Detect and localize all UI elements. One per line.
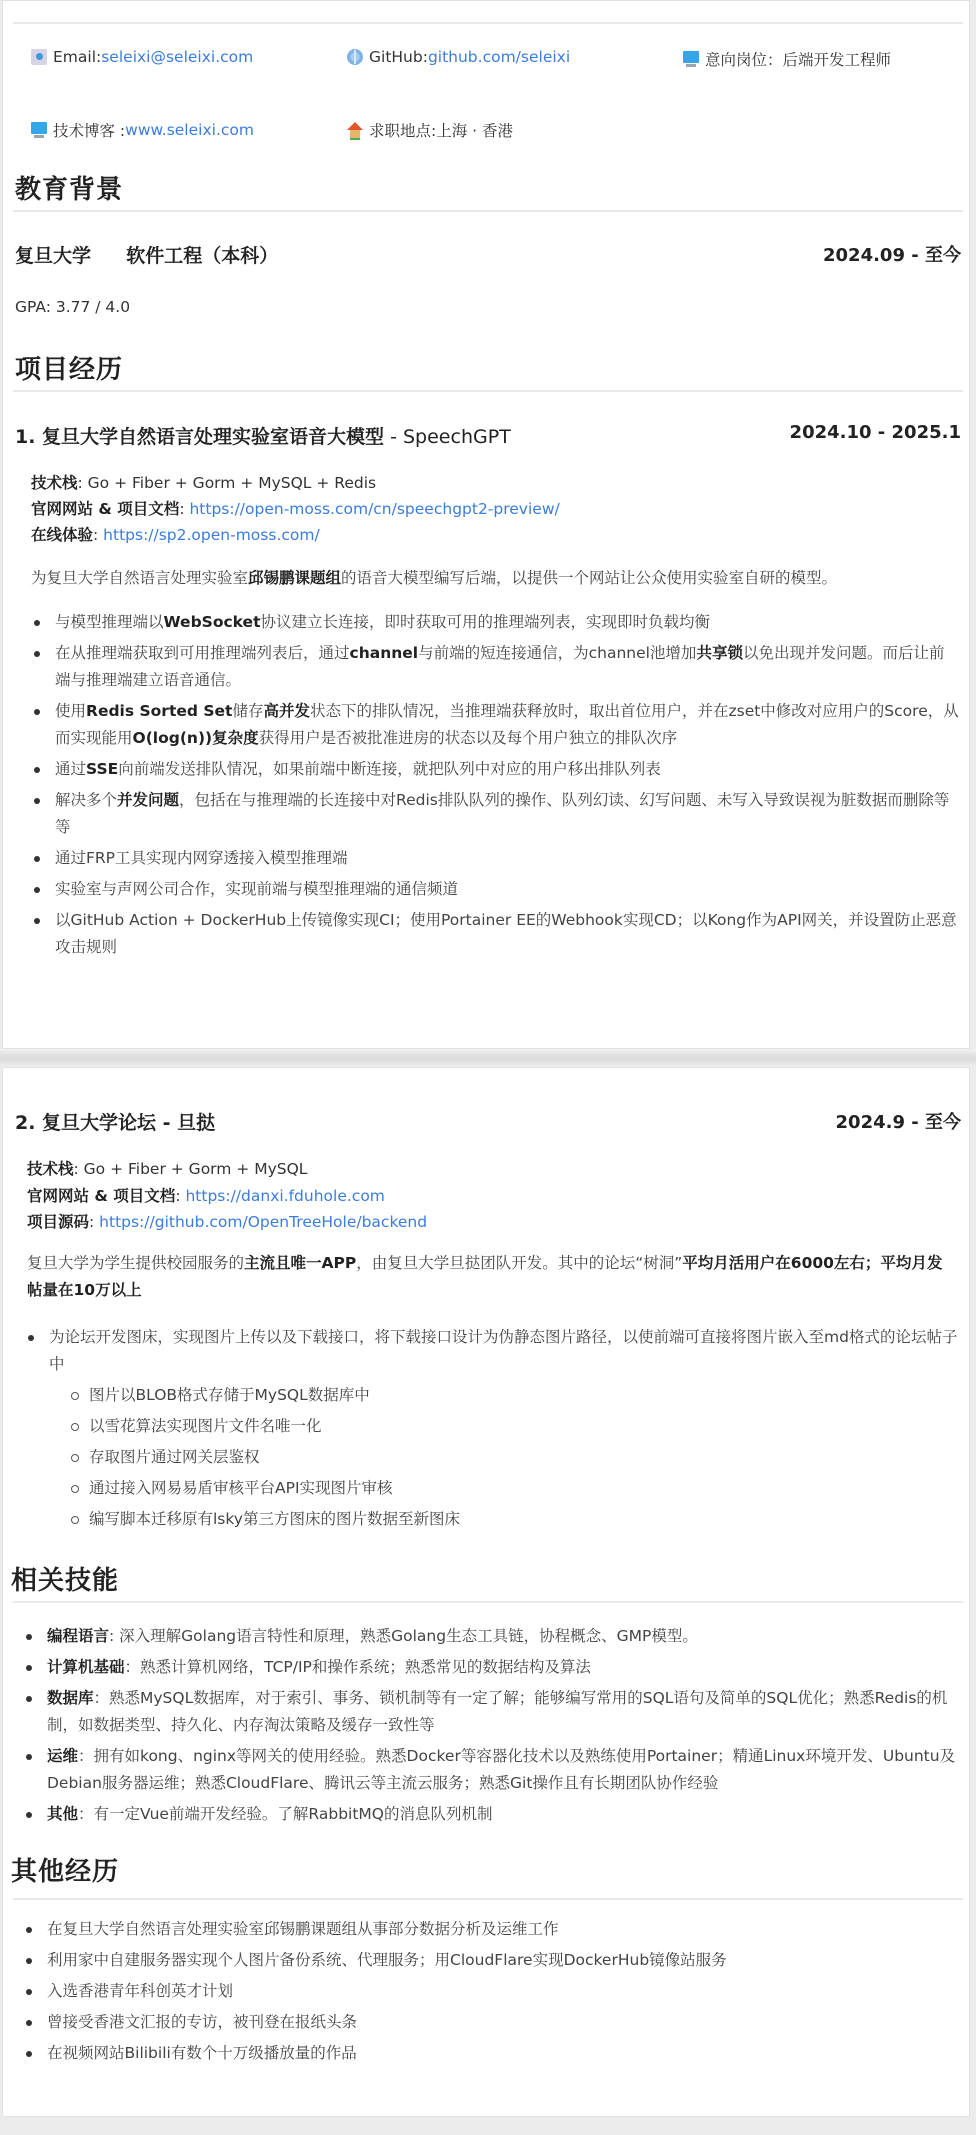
project-1-demo: 在线体验: https://sp2.open-moss.com/ — [31, 523, 320, 545]
section-divider — [13, 210, 963, 212]
skills-list: 编程语言: 深入理解Golang语言特性和原理，熟悉Golang生态工具链，协程… — [23, 1623, 959, 1832]
project-1-title-row: 1. 复旦大学自然语言处理实验室语音大模型 - SpeechGPT 2024.1… — [15, 422, 961, 449]
list-item: 数据库：熟悉MySQL数据库，对于索引、事务、锁机制等有一定了解；能够编写常用的… — [23, 1685, 959, 1739]
resume-page-2: 2. 复旦大学论坛 - 旦挞 2024.9 - 至今 技术栈: Go + Fib… — [2, 1067, 970, 2117]
blog-link[interactable]: www.seleixi.com — [125, 121, 254, 139]
blog-label: 技术博客 : — [53, 119, 125, 141]
project-2-source: 项目源码: https://github.com/OpenTreeHole/ba… — [27, 1210, 427, 1232]
list-item: 在复旦大学自然语言处理实验室邱锡鹏课题组从事部分数据分析及运维工作 — [23, 1916, 959, 1943]
email-label: Email: — [53, 48, 101, 66]
list-item: 实验室与声网公司合作，实现前端与模型推理端的通信频道 — [31, 876, 959, 903]
contact-email: Email: seleixi@seleixi.com — [31, 48, 253, 66]
list-item: 以GitHub Action + DockerHub上传镜像实现CI；使用Por… — [31, 907, 959, 961]
project-1-intro: 为复旦大学自然语言处理实验室邱锡鹏课题组的语音大模型编写后端，以提供一个网站让公… — [31, 565, 955, 592]
project-1-stack: 技术栈: Go + Fiber + Gorm + MySQL + Redis — [31, 471, 376, 493]
project-1-title: 1. 复旦大学自然语言处理实验室语音大模型 - SpeechGPT — [15, 422, 511, 449]
site-link[interactable]: https://open-moss.com/cn/speechgpt2-prev… — [189, 500, 559, 518]
position-label: 意向岗位： — [705, 48, 783, 70]
page-break — [0, 1049, 976, 1067]
list-item: 使用Redis Sorted Set储存高并发状态下的排队情况，当推理端获释放时… — [31, 698, 959, 752]
monitor-icon — [683, 51, 699, 63]
list-item: 编程语言: 深入理解Golang语言特性和原理，熟悉Golang生态工具链，协程… — [23, 1623, 959, 1650]
education-row: 复旦大学 软件工程（本科） 2024.09 - 至今 — [15, 241, 961, 268]
contact-blog: 技术博客 : www.seleixi.com — [31, 119, 254, 141]
project-subtitle: - SpeechGPT — [384, 426, 511, 448]
source-label: 项目源码 — [27, 1213, 89, 1231]
list-item: 其他：有一定Vue前端开发经验。了解RabbitMQ的消息队列机制 — [23, 1801, 959, 1828]
gpa-text: GPA: 3.77 / 4.0 — [15, 298, 130, 316]
others-list: 在复旦大学自然语言处理实验室邱锡鹏课题组从事部分数据分析及运维工作 利用家中自建… — [23, 1916, 959, 2071]
sub-list-item: 编写脚本迁移原有lsky第三方图床的图片数据至新图床 — [49, 1506, 959, 1533]
site-link[interactable]: https://danxi.fduhole.com — [185, 1187, 384, 1205]
location-value: 上海 · 香港 — [436, 119, 513, 141]
contact-position: 意向岗位： 后端开发工程师 — [683, 48, 891, 70]
project-date: 2024.9 - 至今 — [836, 1108, 961, 1135]
section-divider — [13, 1898, 963, 1900]
education-heading: 教育背景 — [15, 169, 123, 206]
major-name: 软件工程（本科） — [126, 245, 278, 267]
list-item: 运维：拥有如kong、nginx等网关的使用经验。熟悉Docker等容器化技术以… — [23, 1743, 959, 1797]
header-divider — [13, 22, 963, 24]
project-2-title-row: 2. 复旦大学论坛 - 旦挞 2024.9 - 至今 — [15, 1108, 961, 1135]
education-date: 2024.09 - 至今 — [823, 241, 961, 268]
list-item: 在从推理端获取到可用推理端列表后，通过channel与前端的短连接通信，为cha… — [31, 640, 959, 694]
email-link[interactable]: seleixi@seleixi.com — [101, 48, 253, 66]
project-title: 2. 复旦大学论坛 - 旦挞 — [15, 1108, 215, 1135]
position-value: 后端开发工程师 — [783, 48, 892, 70]
sub-list-item: 图片以BLOB格式存储于MySQL数据库中 — [49, 1382, 959, 1409]
resume-page-1: Email: seleixi@seleixi.com GitHub: githu… — [2, 0, 970, 1049]
intro-text: 为复旦大学自然语言处理实验室 — [31, 569, 248, 587]
sub-bullets: 图片以BLOB格式存储于MySQL数据库中 以雪花算法实现图片文件名唯一化 存取… — [49, 1382, 959, 1533]
project-1-bullets: 与模型推理端以WebSocket协议建立长连接，即时获取可用的推理端列表，实现即… — [31, 609, 959, 965]
sub-list-item: 通过接入网易易盾审核平台API实现图片审核 — [49, 1475, 959, 1502]
section-divider — [13, 1601, 963, 1603]
stack-label: 技术栈 — [31, 474, 78, 492]
project-2-site: 官网网站 & 项目文档: https://danxi.fduhole.com — [27, 1184, 385, 1206]
list-item: 解决多个并发问题，包括在与推理端的长连接中对Redis排队队列的操作、队列幻读、… — [31, 787, 959, 841]
list-item: 通过FRP工具实现内网穿透接入模型推理端 — [31, 845, 959, 872]
others-heading: 其他经历 — [11, 1851, 119, 1888]
list-item: 计算机基础：熟悉计算机网络，TCP/IP和操作系统；熟悉常见的数据结构及算法 — [23, 1654, 959, 1681]
location-label: 求职地点: — [369, 119, 436, 141]
project-2-intro: 复旦大学为学生提供校园服务的主流且唯一APP，由复旦大学旦挞团队开发。其中的论坛… — [27, 1250, 955, 1304]
intro-bold: 邱锡鹏课题组 — [248, 569, 341, 587]
stack-label: 技术栈 — [27, 1160, 74, 1178]
contact-location: 求职地点: 上海 · 香港 — [347, 119, 513, 141]
sub-list-item: 以雪花算法实现图片文件名唯一化 — [49, 1413, 959, 1440]
project-1-site: 官网网站 & 项目文档: https://open-moss.com/cn/sp… — [31, 497, 560, 519]
list-item: 在视频网站Bilibili有数个十万级播放量的作品 — [23, 2040, 959, 2067]
list-item: 通过SSE向前端发送排队情况，如果前端中断连接，就把队列中对应的用户移出排队列表 — [31, 756, 959, 783]
list-item: 为论坛开发图床，实现图片上传以及下载接口，将下载接口设计为伪静态图片路径，以使前… — [25, 1324, 959, 1533]
project-2-bullets: 为论坛开发图床，实现图片上传以及下载接口，将下载接口设计为伪静态图片路径，以使前… — [25, 1324, 959, 1537]
stack-value: : Go + Fiber + Gorm + MySQL — [74, 1160, 308, 1178]
list-item: 与模型推理端以WebSocket协议建立长连接，即时获取可用的推理端列表，实现即… — [31, 609, 959, 636]
source-link[interactable]: https://github.com/OpenTreeHole/backend — [99, 1213, 427, 1231]
school-name: 复旦大学 — [15, 245, 91, 267]
globe-icon — [347, 49, 363, 65]
project-2-stack: 技术栈: Go + Fiber + Gorm + MySQL — [27, 1157, 307, 1179]
project-date: 2024.10 - 2025.1 — [790, 422, 961, 449]
site-label: 官网网站 & 项目文档 — [31, 500, 179, 518]
house-icon — [347, 122, 363, 138]
stack-value: : Go + Fiber + Gorm + MySQL + Redis — [78, 474, 377, 492]
intro-text: 的语音大模型编写后端，以提供一个网站让公众使用实验室自研的模型。 — [341, 569, 837, 587]
email-icon — [31, 49, 47, 65]
list-item: 入选香港青年科创英才计划 — [23, 1978, 959, 2005]
list-item: 曾接受香港文汇报的专访，被刊登在报纸头条 — [23, 2009, 959, 2036]
monitor-icon — [31, 122, 47, 134]
section-divider — [13, 390, 963, 392]
intro-text: 复旦大学为学生提供校园服务的 — [27, 1254, 244, 1272]
demo-label: 在线体验 — [31, 526, 93, 544]
education-school-major: 复旦大学 软件工程（本科） — [15, 241, 278, 268]
intro-text: ，由复旦大学旦挞团队开发。其中的论坛“树洞” — [356, 1254, 682, 1272]
site-label: 官网网站 & 项目文档 — [27, 1187, 175, 1205]
contact-github: GitHub: github.com/seleixi — [347, 48, 570, 66]
github-link[interactable]: github.com/seleixi — [428, 48, 570, 66]
skills-heading: 相关技能 — [11, 1560, 119, 1597]
intro-bold: 主流且唯一APP — [244, 1254, 356, 1272]
github-label: GitHub: — [369, 48, 428, 66]
sub-list-item: 存取图片通过网关层鉴权 — [49, 1444, 959, 1471]
demo-link[interactable]: https://sp2.open-moss.com/ — [103, 526, 320, 544]
project-title: 1. 复旦大学自然语言处理实验室语音大模型 — [15, 426, 384, 448]
list-item: 利用家中自建服务器实现个人图片备份系统、代理服务；用CloudFlare实现Do… — [23, 1947, 959, 1974]
projects-heading: 项目经历 — [15, 349, 123, 386]
